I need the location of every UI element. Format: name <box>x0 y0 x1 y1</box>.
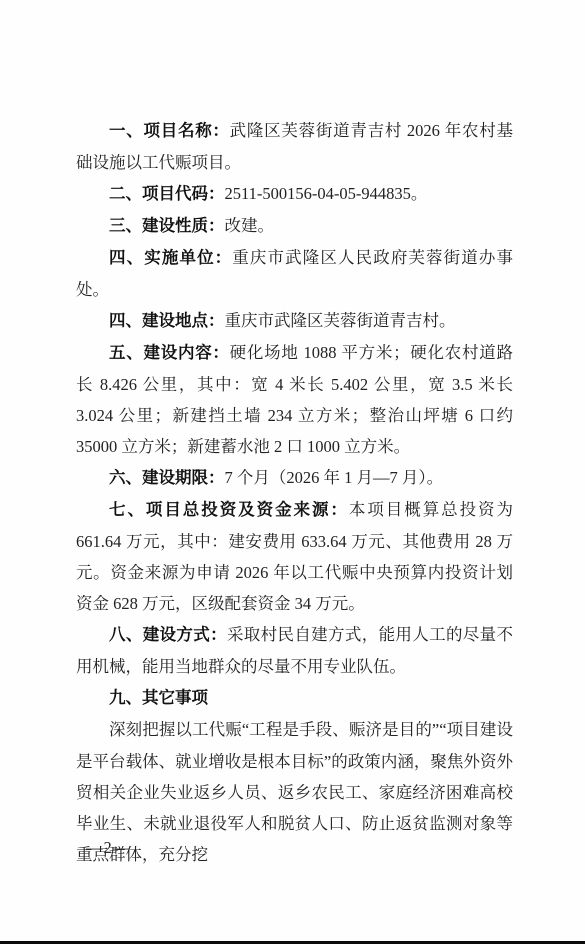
paragraph: 四、建设地点：重庆市武隆区芙蓉街道青吉村。 <box>76 305 513 337</box>
item-label: 八、建设方式： <box>109 626 227 644</box>
paragraph: 二、项目代码：2511-500156-04-05-944835。 <box>76 178 513 210</box>
item-text: 2511-500156-04-05-944835。 <box>225 184 428 203</box>
item-label: 四、建设地点： <box>109 312 225 330</box>
item-text: 7 个月（2026 年 1 月—7 月）。 <box>225 468 444 487</box>
item-label: 一、项目名称： <box>109 122 230 140</box>
paragraph: 八、建设方式：采取村民自建方式，能用人工的尽量不用机械，能用当地群众的尽量不用专… <box>76 619 513 682</box>
paragraph: 一、项目名称：武隆区芙蓉街道青吉村 2026 年农村基础设施以工代赈项目。 <box>76 115 513 178</box>
paragraph: 深刻把握以工代赈“工程是手段、赈济是目的”“项目建设是平台载体、就业增收是根本目… <box>76 714 513 870</box>
item-label: 四、实施单位： <box>109 249 232 267</box>
document-body: 一、项目名称：武隆区芙蓉街道青吉村 2026 年农村基础设施以工代赈项目。 二、… <box>76 115 513 870</box>
paragraph: 七、项目总投资及资金来源：本项目概算总投资为 661.64 万元，其中：建安费用… <box>76 494 513 619</box>
paragraph: 九、其它事项 <box>76 682 513 714</box>
paragraph: 三、建设性质：改建。 <box>76 210 513 242</box>
item-label: 二、项目代码： <box>109 185 225 203</box>
item-label: 七、项目总投资及资金来源： <box>109 501 349 519</box>
paragraph: 五、建设内容：硬化场地 1088 平方米；硬化农村道路长 8.426 公里，其中… <box>76 337 513 462</box>
item-text: 改建。 <box>225 216 275 235</box>
item-text: 深刻把握以工代赈“工程是手段、赈济是目的”“项目建设是平台载体、就业增收是根本目… <box>76 720 513 864</box>
item-label: 九、其它事项 <box>109 689 208 707</box>
document-page: 一、项目名称：武隆区芙蓉街道青吉村 2026 年农村基础设施以工代赈项目。 二、… <box>0 0 585 944</box>
item-label: 六、建设期限： <box>109 469 225 487</box>
item-label: 五、建设内容： <box>109 344 230 362</box>
paragraph: 六、建设期限：7 个月（2026 年 1 月—7 月）。 <box>76 462 513 494</box>
page-number: —2— <box>86 838 130 858</box>
item-text: 重庆市武隆区芙蓉街道青吉村。 <box>225 311 456 330</box>
paragraph: 四、实施单位：重庆市武隆区人民政府芙蓉街道办事处。 <box>76 242 513 305</box>
item-label: 三、建设性质： <box>109 217 225 235</box>
